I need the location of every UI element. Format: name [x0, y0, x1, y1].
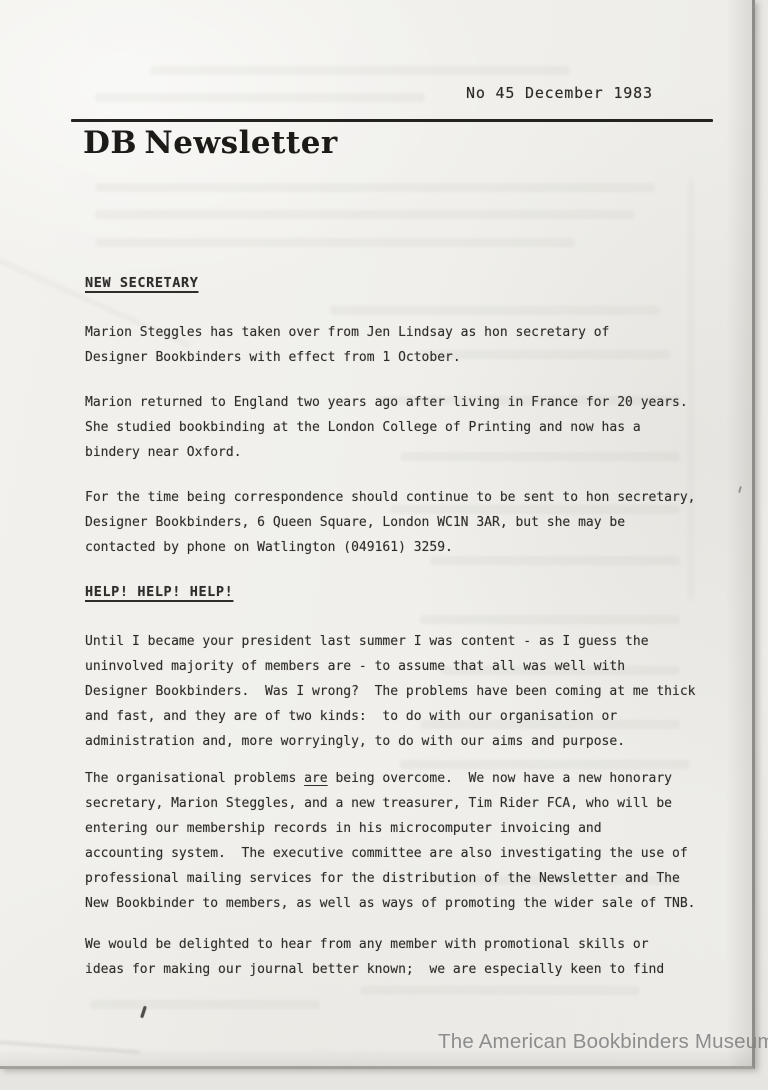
bleed-through-artifact [95, 210, 635, 219]
typewritten-line: Designer Bookbinders. Was I wrong? The p… [85, 679, 730, 704]
masthead-rule [71, 119, 713, 122]
paragraph: The organisational problems are being ov… [85, 766, 730, 916]
bleed-through-artifact [95, 238, 575, 247]
text-segment: The organisational problems [85, 771, 304, 786]
typewritten-line: The organisational problems are being ov… [85, 766, 730, 791]
bleed-through-artifact [95, 183, 655, 192]
paragraph: Marion returned to England two years ago… [85, 390, 730, 465]
paragraph: Marion Steggles has taken over from Jen … [85, 320, 730, 370]
section-help: HELP! HELP! HELP!Until I became your pre… [85, 580, 730, 982]
stray-ink-mark [738, 486, 742, 493]
paper-crease [0, 1041, 140, 1053]
section-heading: NEW SECRETARY [85, 271, 730, 296]
typewritten-line: Designer Bookbinders, 6 Queen Square, Lo… [85, 510, 730, 535]
typewritten-line: accounting system. The executive committ… [85, 841, 730, 866]
museum-watermark: The American Bookbinders Museum [438, 1030, 768, 1054]
typewritten-line: professional mailing services for the di… [85, 866, 730, 891]
issue-date: No 45 December 1983 [466, 84, 653, 102]
typewritten-line: Designer Bookbinders with effect from 1 … [85, 345, 730, 370]
typewritten-line: uninvolved majority of members are - to … [85, 654, 730, 679]
underlined-word: are [304, 771, 327, 786]
typewritten-line: administration and, more worryingly, to … [85, 729, 730, 754]
typewritten-line: Until I became your president last summe… [85, 629, 730, 654]
text-segment: being overcome. We now have a new honora… [328, 771, 672, 786]
typewritten-line: bindery near Oxford. [85, 440, 730, 465]
typewritten-line: and fast, and they are of two kinds: to … [85, 704, 730, 729]
scanned-newsletter-page: No 45 December 1983 DB Newsletter NEW SE… [0, 0, 755, 1069]
newsletter-body: NEW SECRETARYMarion Steggles has taken o… [85, 271, 730, 1002]
typewritten-line: entering our membership records in his m… [85, 816, 730, 841]
typewritten-line: contacted by phone on Watlington (049161… [85, 535, 730, 560]
typewritten-line: Marion Steggles has taken over from Jen … [85, 320, 730, 345]
paragraph: We would be delighted to hear from any m… [85, 932, 730, 982]
typewritten-line: New Bookbinder to members, as well as wa… [85, 891, 730, 916]
section-heading: HELP! HELP! HELP! [85, 580, 730, 605]
paragraph: Until I became your president last summe… [85, 629, 730, 754]
section-new-secretary: NEW SECRETARYMarion Steggles has taken o… [85, 271, 730, 560]
paragraph: For the time being correspondence should… [85, 485, 730, 560]
newsletter-title: DB Newsletter [83, 125, 338, 161]
typewritten-line: She studied bookbinding at the London Co… [85, 415, 730, 440]
typewritten-line: Marion returned to England two years ago… [85, 390, 730, 415]
typewritten-line: We would be delighted to hear from any m… [85, 932, 730, 957]
bleed-through-artifact [95, 93, 425, 102]
bleed-through-artifact [150, 66, 570, 75]
typewritten-line: ideas for making our journal better know… [85, 957, 730, 982]
typewritten-line: For the time being correspondence should… [85, 485, 730, 510]
typewritten-line: secretary, Marion Steggles, and a new tr… [85, 791, 730, 816]
